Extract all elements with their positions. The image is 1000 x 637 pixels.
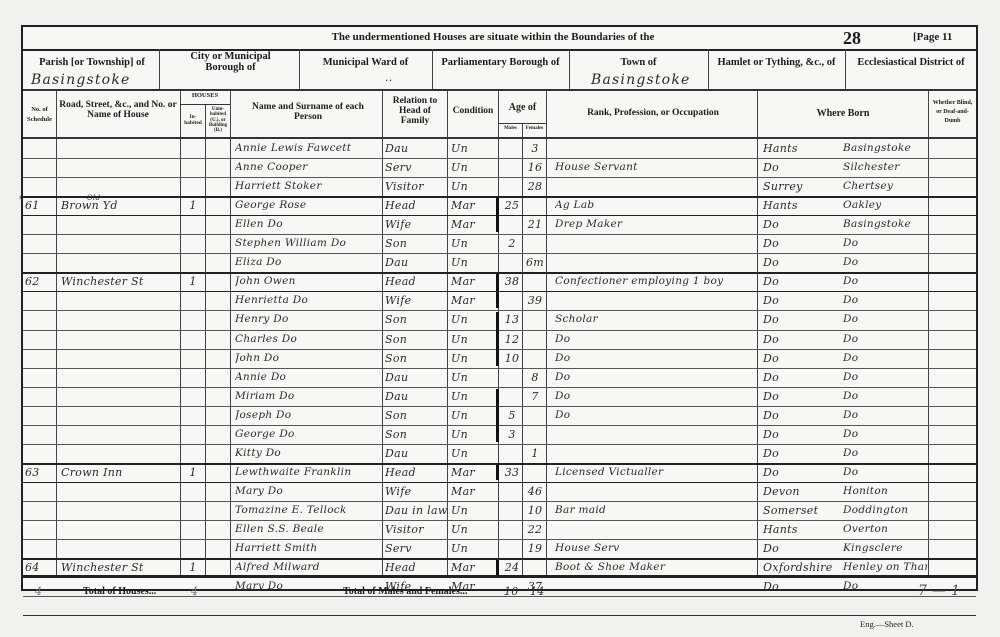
row-road — [61, 501, 179, 520]
row-born-place: Do — [843, 234, 927, 253]
row-female-age — [525, 349, 545, 368]
tally-mark — [496, 560, 499, 575]
row-road — [61, 139, 179, 158]
road-note: Old — [87, 188, 100, 208]
row-name: Annie Do — [235, 368, 381, 387]
row-male-age — [502, 139, 522, 158]
total-males: 10 — [504, 585, 519, 598]
row-schedule: 62 — [25, 272, 55, 291]
row-female-age: 6m — [525, 253, 545, 272]
margin-tally: 7 — 1 — [918, 583, 960, 599]
row-inhabited — [183, 520, 203, 539]
row-name: Stephen William Do — [235, 234, 381, 253]
row-inhabited — [183, 330, 203, 349]
row-female-age — [525, 196, 545, 215]
total-houses-label: Total of Houses... — [83, 587, 156, 598]
row-condition: Un — [451, 425, 497, 444]
row-name: George Do — [235, 425, 381, 444]
row-relation: Son — [385, 349, 447, 368]
row-female-age — [525, 234, 545, 253]
row-male-age: 33 — [502, 463, 522, 482]
row-condition: Un — [451, 139, 497, 158]
row-occupation: House Serv — [555, 539, 755, 558]
field-label-hamlet: Hamlet or Tything, &c., of — [710, 57, 843, 68]
row-male-age: 5 — [502, 406, 522, 425]
row-schedule — [25, 349, 55, 368]
row-female-age: 7 — [525, 387, 545, 406]
row-occupation: Do — [555, 406, 755, 425]
row-relation: Dau — [385, 368, 447, 387]
field-label-ecclesiastical: Ecclesiastical District of — [847, 57, 975, 68]
row-inhabited: 1 — [183, 463, 203, 482]
row-inhabited — [183, 177, 203, 196]
row-road — [61, 520, 179, 539]
row-born-place: Do — [843, 272, 927, 291]
row-schedule — [25, 330, 55, 349]
row-road — [61, 330, 179, 349]
row-schedule — [25, 234, 55, 253]
row-name: Kitty Do — [235, 444, 381, 463]
sheet-title: The undermentioned Houses are situate wi… — [253, 32, 733, 44]
row-schedule — [25, 310, 55, 329]
row-male-age — [502, 368, 522, 387]
row-born-place: Basingstoke — [843, 215, 927, 234]
row-born-county: Do — [763, 215, 841, 234]
folio-number: 28 — [843, 29, 861, 48]
row-condition: Un — [451, 177, 497, 196]
col-inhabited: In-habited — [181, 115, 205, 127]
row-male-age — [502, 539, 522, 558]
row-female-age — [525, 425, 545, 444]
row-road — [61, 310, 179, 329]
row-schedule — [25, 425, 55, 444]
row-schedule — [25, 177, 55, 196]
row-male-age: 38 — [502, 272, 522, 291]
row-female-age: 39 — [525, 291, 545, 310]
row-male-age: 25 — [502, 196, 522, 215]
row-inhabited — [183, 234, 203, 253]
row-born-county: Surrey — [763, 177, 841, 196]
row-inhabited — [183, 482, 203, 501]
row-occupation: Confectioner employing 1 boy — [555, 272, 755, 291]
row-condition: Un — [451, 368, 497, 387]
tally-mark — [496, 198, 499, 232]
row-road — [61, 368, 179, 387]
row-road — [61, 291, 179, 310]
row-male-age — [502, 444, 522, 463]
row-born-county: Do — [763, 349, 841, 368]
row-born-place: Do — [843, 577, 927, 596]
row-condition: Mar — [451, 291, 497, 310]
row-name: John Owen — [235, 272, 381, 291]
row-divider — [23, 596, 976, 597]
row-condition: Mar — [451, 215, 497, 234]
row-relation: Son — [385, 425, 447, 444]
row-inhabited — [183, 406, 203, 425]
row-female-age: 1 — [525, 444, 545, 463]
row-born-place: Chertsey — [843, 177, 927, 196]
row-occupation — [555, 577, 755, 596]
col-name: Name and Surname of each Person — [238, 103, 378, 123]
row-inhabited — [183, 349, 203, 368]
row-born-county: Hants — [763, 520, 841, 539]
row-inhabited — [183, 501, 203, 520]
col-occupation: Rank, Profession, or Occupation — [553, 109, 753, 119]
row-born-place: Do — [843, 387, 927, 406]
row-female-age — [525, 272, 545, 291]
row-male-age — [502, 158, 522, 177]
row-occupation: House Servant — [555, 158, 755, 177]
row-road: Winchester St — [61, 272, 179, 291]
row-relation: Wife — [385, 291, 447, 310]
row-name: Harriett Stoker — [235, 177, 381, 196]
row-occupation — [555, 291, 755, 310]
row-occupation: Bar maid — [555, 501, 755, 520]
row-road — [61, 158, 179, 177]
row-name: Joseph Do — [235, 406, 381, 425]
col-born: Where Born — [759, 109, 927, 120]
row-male-age — [502, 387, 522, 406]
row-occupation — [555, 520, 755, 539]
row-female-age: 3 — [525, 139, 545, 158]
row-relation: Visitor — [385, 520, 447, 539]
row-name: George Rose — [235, 196, 381, 215]
row-female-age: 8 — [525, 368, 545, 387]
row-schedule — [25, 406, 55, 425]
row-schedule — [25, 520, 55, 539]
row-male-age — [502, 253, 522, 272]
col-relation: Relation to Head of Family — [385, 97, 445, 127]
field-label-city: City or Municipal Borough of — [173, 51, 288, 73]
row-male-age — [502, 215, 522, 234]
row-inhabited — [183, 425, 203, 444]
row-born-place: Do — [843, 463, 927, 482]
col-condition: Condition — [448, 107, 498, 117]
row-born-county: Do — [763, 406, 841, 425]
row-born-place: Basingstoke — [843, 139, 927, 158]
row-born-place: Oakley — [843, 196, 927, 215]
row-occupation: Drep Maker — [555, 215, 755, 234]
row-female-age: 28 — [525, 177, 545, 196]
row-occupation — [555, 444, 755, 463]
row-born-place: Silchester — [843, 158, 927, 177]
row-occupation — [555, 234, 755, 253]
row-inhabited — [183, 368, 203, 387]
tally-mark — [496, 312, 499, 365]
census-sheet: The undermentioned Houses are situate wi… — [21, 25, 978, 591]
row-born-county: Somerset — [763, 501, 841, 520]
row-female-age: 19 — [525, 539, 545, 558]
col-schedule: No. of Schedule — [23, 105, 56, 126]
row-inhabited — [183, 539, 203, 558]
row-schedule — [25, 501, 55, 520]
row-condition: Mar — [451, 272, 497, 291]
row-born-place: Do — [843, 349, 927, 368]
row-inhabited: 1 — [183, 196, 203, 215]
row-condition: Un — [451, 520, 497, 539]
row-name: Ellen Do — [235, 215, 381, 234]
row-relation: Dau — [385, 139, 447, 158]
row-occupation: Do — [555, 330, 755, 349]
row-male-age: 3 — [502, 425, 522, 444]
row-condition: Un — [451, 310, 497, 329]
row-female-age: 22 — [525, 520, 545, 539]
row-schedule — [25, 482, 55, 501]
field-label-town: Town of — [571, 57, 706, 68]
row-relation: Wife — [385, 215, 447, 234]
row-road — [61, 215, 179, 234]
row-divider — [23, 615, 976, 616]
total-females: 14 — [530, 585, 545, 598]
row-condition: Un — [451, 501, 497, 520]
row-schedule — [25, 139, 55, 158]
field-value-town: Basingstoke — [591, 72, 690, 88]
row-female-age — [525, 463, 545, 482]
row-condition: Un — [451, 330, 497, 349]
row-female-age: 10 — [525, 501, 545, 520]
row-name: Annie Lewis Fawcett — [235, 139, 381, 158]
row-female-age: 46 — [525, 482, 545, 501]
field-label-parliamentary: Parliamentary Borough of — [433, 57, 568, 68]
row-schedule — [25, 387, 55, 406]
row-road — [61, 425, 179, 444]
row-born-county: Hants — [763, 139, 841, 158]
row-relation: Dau in law — [385, 501, 447, 520]
row-schedule — [25, 539, 55, 558]
col-age: Age of — [499, 103, 546, 114]
row-born-place: Do — [843, 310, 927, 329]
row-inhabited — [183, 215, 203, 234]
row-male-age — [502, 482, 522, 501]
row-schedule — [25, 368, 55, 387]
row-female-age — [525, 330, 545, 349]
row-relation: Son — [385, 406, 447, 425]
row-occupation: Ag Lab — [555, 196, 755, 215]
row-condition: Un — [451, 158, 497, 177]
row-relation: Dau — [385, 387, 447, 406]
row-schedule: 61 — [25, 196, 55, 215]
row-road: Brown Yd — [61, 196, 179, 215]
row-condition: Un — [451, 234, 497, 253]
row-occupation — [555, 425, 755, 444]
row-name: Henry Do — [235, 310, 381, 329]
household-divider — [23, 463, 976, 465]
row-schedule — [25, 291, 55, 310]
row-name: Lewthwaite Franklin — [235, 463, 381, 482]
row-born-county: Do — [763, 158, 841, 177]
col-females: Females — [523, 126, 546, 131]
row-male-age: 12 — [502, 330, 522, 349]
row-born-county: Do — [763, 425, 841, 444]
row-born-place: Overton — [843, 520, 927, 539]
tally-mark — [496, 389, 499, 442]
row-inhabited — [183, 139, 203, 158]
field-label-parish: Parish [or Township] of — [27, 57, 157, 68]
row-born-county: Do — [763, 444, 841, 463]
tally-mark — [496, 465, 499, 480]
row-relation: Head — [385, 463, 447, 482]
row-male-age — [502, 177, 522, 196]
row-occupation — [555, 482, 755, 501]
row-born-county: Hants — [763, 196, 841, 215]
row-occupation: Scholar — [555, 310, 755, 329]
row-name: Ellen S.S. Beale — [235, 520, 381, 539]
row-female-age — [525, 310, 545, 329]
row-road — [61, 406, 179, 425]
row-male-age: 13 — [502, 310, 522, 329]
row-name: Henrietta Do — [235, 291, 381, 310]
row-road — [61, 444, 179, 463]
row-road — [61, 539, 179, 558]
row-born-county: Do — [763, 387, 841, 406]
row-born-county: Do — [763, 368, 841, 387]
row-road — [61, 177, 179, 196]
row-condition: Un — [451, 253, 497, 272]
row-condition: Un — [451, 349, 497, 368]
row-relation: Head — [385, 272, 447, 291]
col-road: Road, Street, &c., and No. or Name of Ho… — [59, 101, 177, 121]
row-road — [61, 253, 179, 272]
row-occupation — [555, 253, 755, 272]
row-relation: Head — [385, 196, 447, 215]
row-road — [61, 387, 179, 406]
row-born-place: Do — [843, 291, 927, 310]
row-relation: Son — [385, 234, 447, 253]
row-inhabited — [183, 291, 203, 310]
row-female-age: 21 — [525, 215, 545, 234]
row-born-place: Kingsclere — [843, 539, 927, 558]
row-relation: Son — [385, 310, 447, 329]
row-name: Miriam Do — [235, 387, 381, 406]
row-relation: Serv — [385, 158, 447, 177]
field-label-ward: Municipal Ward of — [303, 57, 428, 68]
field-value-parish: Basingstoke — [31, 72, 130, 88]
col-blind: Whether Blind, or Deaf-and-Dumb — [930, 99, 975, 126]
row-road — [61, 234, 179, 253]
total-houses-inhabited: 4 — [191, 585, 198, 598]
row-born-place: Do — [843, 368, 927, 387]
row-condition: Un — [451, 539, 497, 558]
row-road — [61, 349, 179, 368]
row-condition: Mar — [451, 463, 497, 482]
row-born-county: Do — [763, 291, 841, 310]
row-name: Tomazine E. Tellock — [235, 501, 381, 520]
row-born-place: Honiton — [843, 482, 927, 501]
row-schedule: 63 — [25, 463, 55, 482]
row-born-place: Do — [843, 425, 927, 444]
row-born-county: Do — [763, 330, 841, 349]
total-houses-left: 4 — [35, 585, 42, 598]
row-born-county: Devon — [763, 482, 841, 501]
row-name: Charles Do — [235, 330, 381, 349]
row-male-age — [502, 501, 522, 520]
row-schedule — [25, 253, 55, 272]
row-inhabited — [183, 387, 203, 406]
row-born-place: Do — [843, 406, 927, 425]
row-born-county: Do — [763, 310, 841, 329]
row-relation: Visitor — [385, 177, 447, 196]
row-relation: Dau — [385, 444, 447, 463]
household-divider — [23, 272, 976, 274]
row-male-age: 10 — [502, 349, 522, 368]
total-persons-label: Total of Males and Females... — [343, 587, 467, 598]
row-name: Harriett Smith — [235, 539, 381, 558]
field-value-ward: .. — [385, 71, 393, 84]
row-condition: Mar — [451, 482, 497, 501]
row-condition: Un — [451, 406, 497, 425]
row-name: Eliza Do — [235, 253, 381, 272]
row-road — [61, 482, 179, 501]
row-condition: Un — [451, 387, 497, 406]
row-relation: Dau — [385, 253, 447, 272]
row-born-county: Do — [763, 539, 841, 558]
sheet-footer: Eng.—Sheet D. — [860, 620, 914, 629]
row-born-county: Do — [763, 577, 841, 596]
row-schedule — [25, 215, 55, 234]
row-occupation: Do — [555, 368, 755, 387]
row-condition: Un — [451, 444, 497, 463]
row-schedule — [25, 444, 55, 463]
row-male-age: 2 — [502, 234, 522, 253]
row-occupation: Do — [555, 349, 755, 368]
row-born-county: Do — [763, 253, 841, 272]
page-label: [Page 11 — [913, 32, 952, 44]
row-schedule — [25, 158, 55, 177]
row-male-age — [502, 520, 522, 539]
row-occupation: Do — [555, 387, 755, 406]
row-road: Crown Inn — [61, 463, 179, 482]
row-inhabited — [183, 310, 203, 329]
row-name: John Do — [235, 349, 381, 368]
row-born-place: Do — [843, 444, 927, 463]
row-born-place: Doddington — [843, 501, 927, 520]
row-occupation: Licensed Victualler — [555, 463, 755, 482]
schedule-mark: * — [19, 190, 23, 210]
row-born-county: Do — [763, 234, 841, 253]
row-name: Mary Do — [235, 482, 381, 501]
row-male-age — [502, 291, 522, 310]
row-born-place: Do — [843, 253, 927, 272]
row-inhabited: 1 — [183, 272, 203, 291]
row-condition: Mar — [451, 196, 497, 215]
row-relation: Wife — [385, 482, 447, 501]
row-name: Anne Cooper — [235, 158, 381, 177]
row-born-county: Do — [763, 272, 841, 291]
row-occupation — [555, 139, 755, 158]
row-inhabited — [183, 158, 203, 177]
household-divider — [23, 558, 976, 560]
row-inhabited — [183, 444, 203, 463]
col-houses: HOUSES — [180, 93, 230, 100]
row-born-place: Do — [843, 330, 927, 349]
row-inhabited — [183, 253, 203, 272]
row-female-age: 16 — [525, 158, 545, 177]
household-divider — [23, 196, 976, 198]
row-born-county: Do — [763, 463, 841, 482]
row-relation: Son — [385, 330, 447, 349]
row-relation: Serv — [385, 539, 447, 558]
tally-mark — [496, 274, 499, 308]
row-female-age — [525, 406, 545, 425]
col-males: Males — [499, 126, 522, 131]
col-uninhabited: Unin-habited (U.), or Building (B.) — [206, 107, 230, 133]
row-occupation — [555, 177, 755, 196]
